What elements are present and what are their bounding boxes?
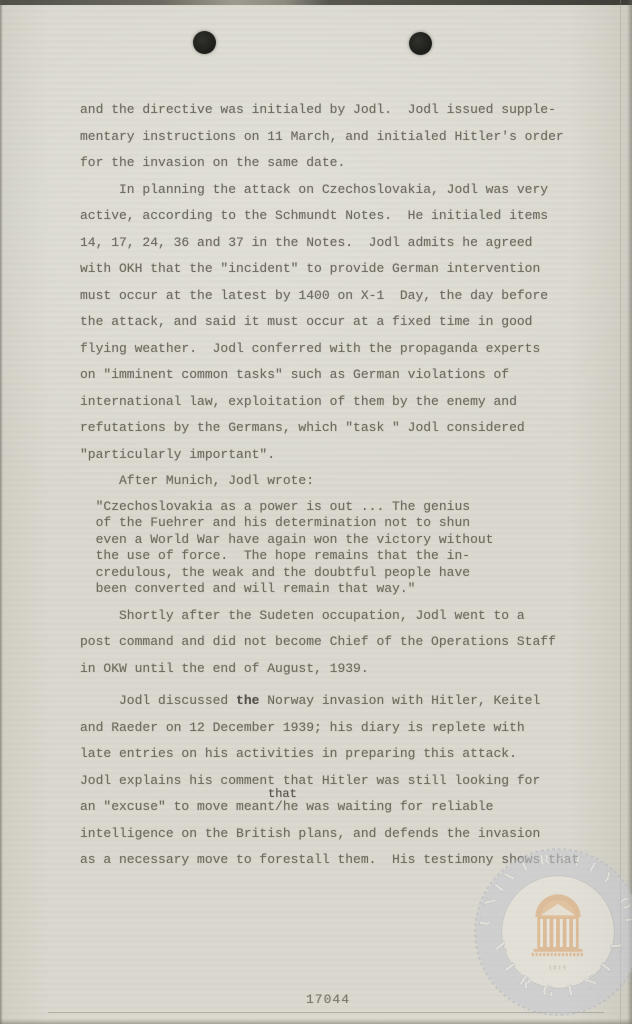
text-line: and Raeder on 12 December 1939; his diar… [80, 715, 590, 742]
text-line: an "excuse" to move meant/he was waiting… [80, 794, 590, 821]
text-line: with OKH that the "incident" to provide … [80, 256, 590, 283]
text-line: Jodl discussed the Norway invasion with … [80, 688, 590, 715]
paragraph: After Munich, Jodl wrote: [80, 468, 590, 495]
text-line: and the directive was initialed by Jodl.… [80, 97, 590, 124]
scan-left-edge [0, 0, 3, 1024]
text-line: Jodl explains his comment that Hitler wa… [80, 768, 590, 795]
paragraph: In planning the attack on Czechoslovakia… [80, 177, 590, 469]
text-segment: Jodl discussed [80, 693, 236, 708]
text-line: Shortly after the Sudeten occupation, Jo… [80, 603, 590, 630]
text-line: the attack, and said it must occur at a … [80, 309, 590, 336]
text-line: the use of force. The hope remains that … [80, 548, 590, 565]
text-line: of the Fuehrer and his determination not… [80, 515, 590, 532]
typed-over-word: the [236, 693, 259, 708]
text-line: for the invasion on the same date. [80, 150, 590, 177]
text-line: post command and did not become Chief of… [80, 629, 590, 656]
paragraph: Shortly after the Sudeten occupation, Jo… [80, 603, 590, 683]
hole-punch-icon [409, 32, 432, 55]
seal-year-text: 1819 [549, 965, 568, 972]
text-line: been converted and will remain that way.… [80, 581, 590, 598]
text-line: 14, 17, 24, 36 and 37 in the Notes. Jodl… [80, 230, 590, 257]
text-line: must occur at the latest by 1400 on X-1 … [80, 283, 590, 310]
document-text: and the directive was initialed by Jodl.… [80, 97, 590, 874]
text-line: After Munich, Jodl wrote: [80, 468, 590, 495]
text-line: flying weather. Jodl conferred with the … [80, 336, 590, 363]
text-line: on "imminent common tasks" such as Germa… [80, 362, 590, 389]
text-line: credulous, the weak and the doubtful peo… [80, 565, 590, 582]
text-line: late entries on his activities in prepar… [80, 741, 590, 768]
text-line: even a World War have again won the vict… [80, 532, 590, 549]
scan-top-edge [0, 0, 632, 5]
text-line: international law, exploitation of them … [80, 389, 590, 416]
block-quote: "Czechoslovakia as a power is out ... Th… [80, 499, 590, 598]
page-number: 17044 [12, 992, 632, 1007]
text-segment: Norway invasion with Hitler, Keitel [259, 693, 540, 708]
hole-punch-icon [193, 31, 216, 54]
text-line: active, according to the Schmundt Notes.… [80, 203, 590, 230]
text-line: "particularly important". [80, 442, 590, 469]
interlinear-insertion: that [268, 781, 297, 808]
paragraph: and the directive was initialed by Jodl.… [80, 97, 590, 177]
text-line: "Czechoslovakia as a power is out ... Th… [80, 499, 590, 516]
text-line: refutations by the Germans, which "task … [80, 415, 590, 442]
text-line: In planning the attack on Czechoslovakia… [80, 177, 590, 204]
document-page: and the directive was initialed by Jodl.… [0, 0, 632, 1024]
text-line: in OKW until the end of August, 1939. [80, 656, 590, 683]
text-line: mentary instructions on 11 March, and in… [80, 124, 590, 151]
